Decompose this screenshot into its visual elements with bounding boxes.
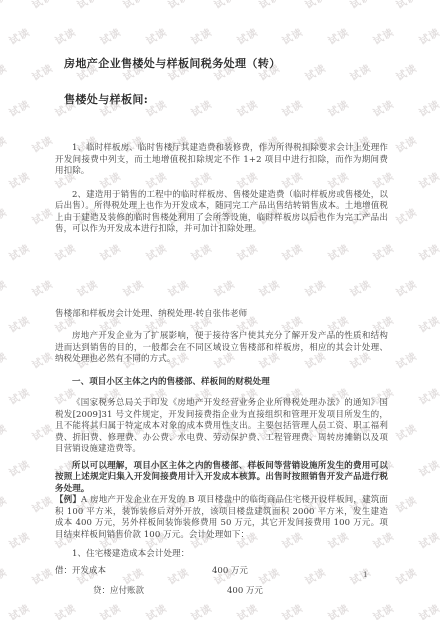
paragraph-text: 1、临时样板房、临时售楼厅其建造费和装修费，作为所得税扣除要求会计上处理作开发间… xyxy=(55,143,388,176)
watermark-stamp: 试读 xyxy=(142,600,169,620)
document-body: 1、临时样板房、临时售楼厅其建造费和装修费，作为所得税扣除要求会计上处理作开发间… xyxy=(55,143,388,598)
paragraph: 房地产开发企业为了扩展影响，便于接待客户使其充分了解开发产品的性质和结构进而达到… xyxy=(55,331,388,366)
watermark-stamp: 试读 xyxy=(6,600,33,620)
section-title: 售楼部和样板房会计处理、纳税处理-转自张伟老师 xyxy=(55,309,388,321)
example-paragraph: 【例】A 房地产开发企业在开发的 B 项目楼盘中的临街商品住宅楼开设样板间，建筑… xyxy=(55,495,388,541)
journal-entry: 借：开发成本400 万元 xyxy=(55,566,388,578)
entry-caption: 1、住宅楼建造成本会计处理： xyxy=(55,549,388,561)
paragraph-text: 所以可以理解，项目小区主体之内的售楼部、样板间等营销设施所发生的费用可以按照上述… xyxy=(55,461,388,494)
paragraph: 《国家税务总局关于印发《房地产开发经营业务企业所得税处理办法》的通知》国税发[2… xyxy=(55,398,388,456)
document-title: 房地产企业售楼处与样板间税务处理（转） xyxy=(64,57,388,71)
document-subtitle: 售楼处与样板间: xyxy=(64,93,388,107)
example-label: 【例】 xyxy=(55,495,81,505)
watermark-stamp: 试读 xyxy=(51,600,78,620)
paragraph-text: 1、住宅楼建造成本会计处理： xyxy=(72,549,189,559)
document-page: 试读试读试读试读试读试读试读试读试读试读试读试读试读试读试读试读试读试读试读试读… xyxy=(0,0,440,620)
page-number: 1 xyxy=(363,570,368,579)
paragraph: 所以可以理解，项目小区主体之内的售楼部、样板间等营销设施所发生的费用可以按照上述… xyxy=(55,461,388,496)
paragraph-text: 房地产开发企业为了扩展影响，便于接待客户使其充分了解开发产品的性质和结构进而达到… xyxy=(55,331,388,364)
heading-one: 一、项目小区主体之内的售楼部、样板间的财税处理 xyxy=(55,377,388,389)
paragraph-text: A 房地产开发企业在开发的 B 项目楼盘中的临街商品住宅楼开设样板间，建筑面积 … xyxy=(55,495,388,540)
watermark-stamp: 试读 xyxy=(233,600,260,620)
paragraph: 2、建造用于销售的工程中的临时样板房、售楼处建造费（临时样板房或售楼处，以后出售… xyxy=(55,190,388,236)
watermark-stamp: 试读 xyxy=(324,600,351,620)
watermark-stamp: 试读 xyxy=(279,600,306,620)
paragraph-text: 一、项目小区主体之内的售楼部、样板间的财税处理 xyxy=(72,377,270,387)
paragraph-text: 《国家税务总局关于印发《房地产开发经营业务企业所得税处理办法》的通知》国税发[2… xyxy=(55,398,388,454)
watermark-stamp: 试读 xyxy=(188,600,215,620)
entry-label: 借：开发成本 xyxy=(55,566,106,576)
paragraph-text: 售楼部和样板房会计处理、纳税处理-转自张伟老师 xyxy=(55,309,247,319)
watermark-stamp: 试读 xyxy=(97,600,124,620)
watermark-stamp: 试读 xyxy=(370,600,397,620)
entry-label: 贷：应付账款 xyxy=(93,586,144,596)
watermark-stamp: 试读 xyxy=(415,600,440,620)
journal-entry: 贷：应付账款400 万元 xyxy=(55,586,388,598)
paragraph-text: 2、建造用于销售的工程中的临时样板房、售楼处建造费（临时样板房或售楼处，以后出售… xyxy=(55,190,388,235)
entry-amount: 400 万元 xyxy=(212,566,248,578)
paragraph: 1、临时样板房、临时售楼厅其建造费和装修费，作为所得税扣除要求会计上处理作开发间… xyxy=(55,143,388,178)
document-content: 房地产企业售楼处与样板间税务处理（转） 售楼处与样板间: 1、临时样板房、临时售… xyxy=(0,0,440,598)
entry-amount: 400 万元 xyxy=(227,586,263,598)
